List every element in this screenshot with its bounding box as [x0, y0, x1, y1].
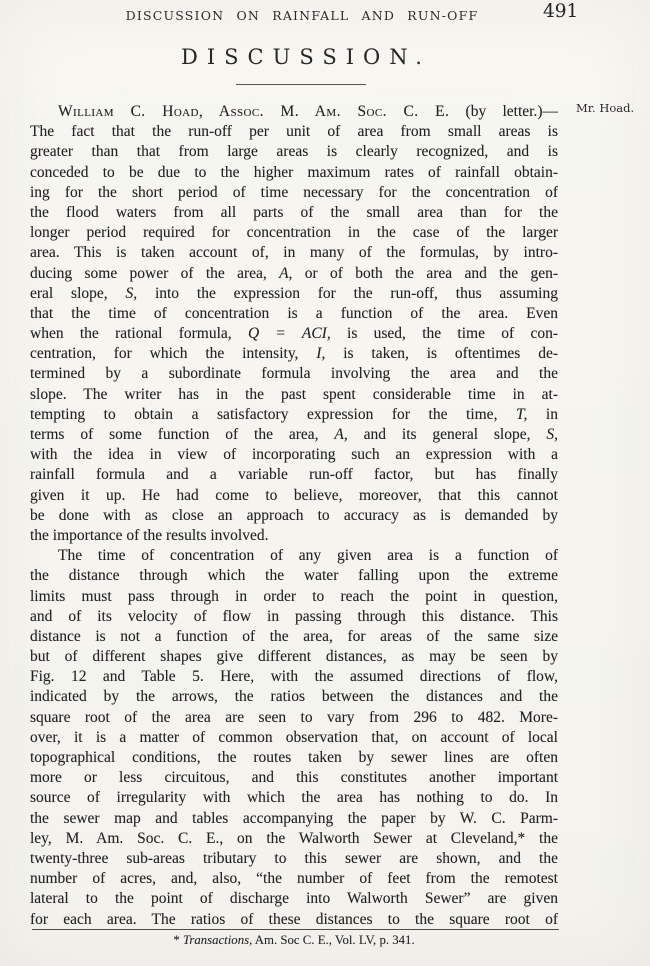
text-line: eral slope, S, into the expression for t…	[30, 284, 558, 304]
text-line: distance is not a function of the area, …	[30, 627, 558, 647]
text-line: Fig. 12 and Table 5. Here, with the assu…	[30, 667, 558, 687]
text-line: indicated by the arrows, the ratios betw…	[30, 687, 558, 707]
text-line: greater than that from large areas is cl…	[30, 142, 558, 162]
text-line: the distance through which the water fal…	[30, 566, 558, 586]
text-line: lateral to the point of discharge into W…	[30, 889, 558, 909]
text-line: The fact that the run-off per unit of ar…	[30, 122, 558, 142]
text-line: ing for the short period of time necessa…	[30, 183, 558, 203]
text-line: limits must pass through in order to rea…	[30, 587, 558, 607]
page-number: 491	[543, 1, 578, 22]
text-line: ley, M. Am. Soc. C. E., on the Walworth …	[30, 829, 558, 849]
text-line: the importance of the results involved.	[30, 526, 558, 546]
text-line: be done with as close an approach to acc…	[30, 506, 558, 526]
text-line: given it up. He had come to believe, mor…	[30, 486, 558, 506]
text-line: the flood waters from all parts of the s…	[30, 203, 558, 223]
title-rule-divider	[236, 84, 366, 85]
footnote: * Transactions, Am. Soc C. E., Vol. LV, …	[30, 933, 558, 948]
text-line: ducing some power of the area, A, or of …	[30, 264, 558, 284]
text-line: and of its velocity of flow in passing t…	[30, 607, 558, 627]
text-line: square root of the area are seen to vary…	[30, 708, 558, 728]
text-line: termined by a subordinate formula involv…	[30, 364, 558, 384]
text-line: with the idea in view of incorporating s…	[30, 445, 558, 465]
text-line: longer period required for concentration…	[30, 223, 558, 243]
text-line: twenty-three sub-areas tributary to this…	[30, 849, 558, 869]
text-line: source of irregularity with which the ar…	[30, 788, 558, 808]
text-line: The time of concentration of any given a…	[30, 546, 558, 566]
footnote-rule-divider	[32, 929, 559, 930]
body-text: William C. Hoad, Assoc. M. Am. Soc. C. E…	[30, 102, 558, 930]
text-line: when the rational formula, Q = ACI, is u…	[30, 324, 558, 344]
text-line: number of acres, and, also, “the number …	[30, 869, 558, 889]
text-line: for each area. The ratios of these dista…	[30, 910, 558, 930]
text-line: tempting to obtain a satisfactory expres…	[30, 405, 558, 425]
text-line: more or less circuitous, and this consti…	[30, 768, 558, 788]
text-line: terms of some function of the area, A, a…	[30, 425, 558, 445]
running-header: DISCUSSION ON RAINFALL AND RUN-OFF	[38, 8, 566, 23]
section-title: DISCUSSION.	[42, 45, 570, 69]
margin-note-speaker: Mr. Hoad.	[576, 101, 634, 115]
text-line: rainfall formula and a variable run-off …	[30, 465, 558, 485]
text-line: centration, for which the intensity, I, …	[30, 344, 558, 364]
text-line: area. This is taken account of, in many …	[30, 243, 558, 263]
scanned-document-page: DISCUSSION ON RAINFALL AND RUN-OFF 491 D…	[0, 0, 650, 966]
text-line: that the time of concentration is a func…	[30, 304, 558, 324]
text-line: conceded to be due to the higher maximum…	[30, 163, 558, 183]
text-line: slope. The writer has in the past spent …	[30, 385, 558, 405]
text-line: over, it is a matter of common observati…	[30, 728, 558, 748]
text-line: the sewer map and tables accompanying th…	[30, 809, 558, 829]
text-line: topographical conditions, the routes tak…	[30, 748, 558, 768]
text-line: William C. Hoad, Assoc. M. Am. Soc. C. E…	[30, 102, 558, 122]
text-line: but of different shapes give different d…	[30, 647, 558, 667]
